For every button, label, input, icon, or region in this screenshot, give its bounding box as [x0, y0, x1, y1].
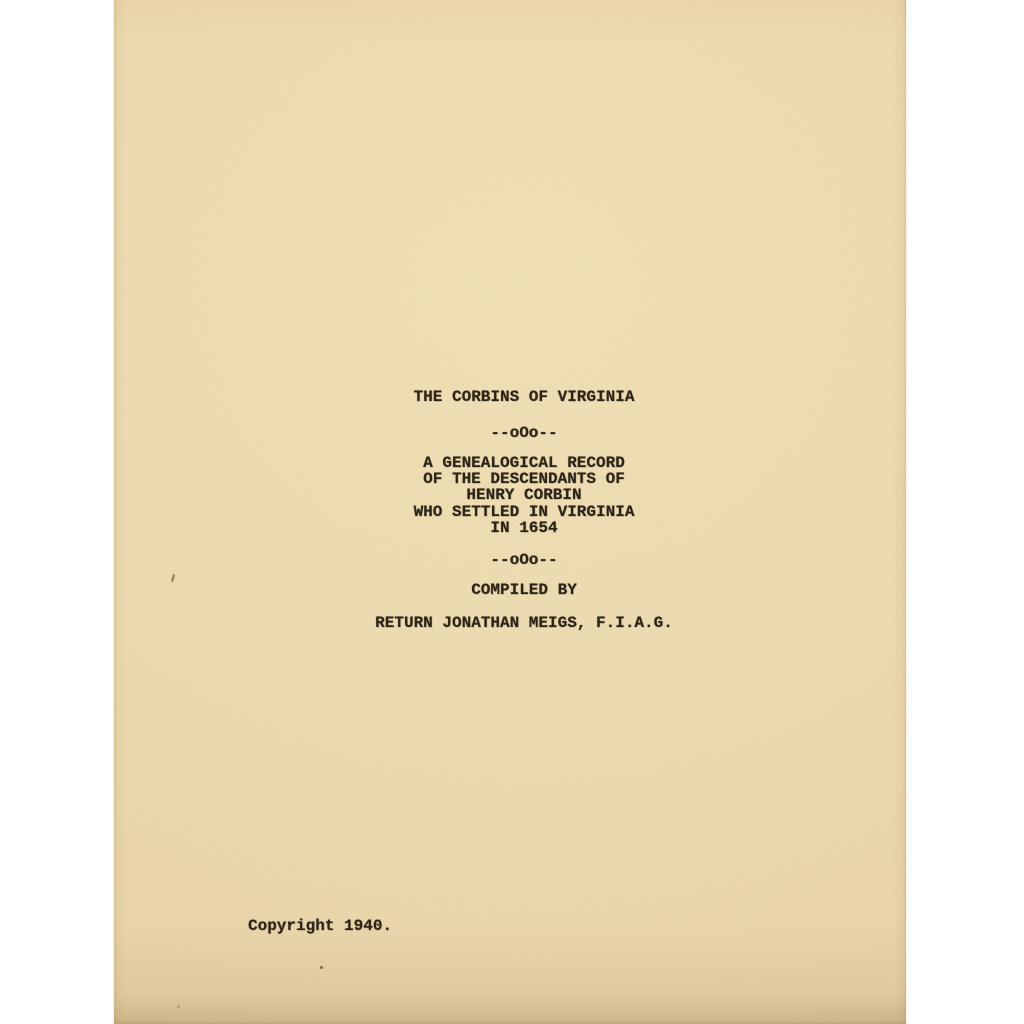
paper-speck — [320, 966, 323, 969]
compiled-by-label: COMPILED BY — [128, 582, 920, 599]
subtitle-line-3: HENRY CORBIN — [128, 487, 920, 504]
copyright-line: Copyright 1940. — [248, 918, 392, 935]
ornament-divider-top: --oOo-- — [128, 425, 920, 442]
paper-sheet: THE CORBINS OF VIRGINIA --oOo-- A GENEAL… — [114, 0, 906, 1024]
paper-fiber-speck — [171, 574, 175, 582]
author-name: RETURN JONATHAN MEIGS, F.I.A.G. — [128, 615, 920, 632]
ornament-divider-bottom: --oOo-- — [128, 552, 920, 569]
book-title: THE CORBINS OF VIRGINIA — [128, 389, 920, 406]
scan-canvas: THE CORBINS OF VIRGINIA --oOo-- A GENEAL… — [0, 0, 1024, 1024]
paper-speck-faint — [177, 1005, 180, 1008]
subtitle-line-5: IN 1654 — [128, 520, 920, 537]
